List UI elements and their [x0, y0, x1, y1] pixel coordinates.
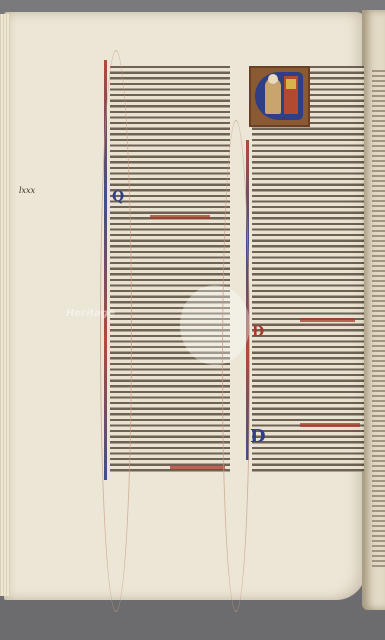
next-page-text	[372, 70, 385, 570]
pen-flourish	[100, 50, 132, 612]
rubric-line	[300, 318, 355, 322]
watermark: Heritage	[66, 308, 115, 319]
decorated-initial: D	[252, 325, 264, 339]
tower	[284, 76, 298, 114]
background-bottom	[0, 600, 385, 640]
decorated-initial: D	[250, 428, 266, 446]
foliation-mark: lxxx	[19, 186, 35, 195]
rubric-line	[150, 215, 210, 219]
page-edges	[0, 14, 10, 596]
pen-flourish	[222, 120, 250, 612]
historiated-initial	[249, 66, 310, 127]
figure-head	[268, 74, 278, 84]
rubric-line	[300, 423, 360, 427]
rubric-line	[170, 466, 225, 470]
